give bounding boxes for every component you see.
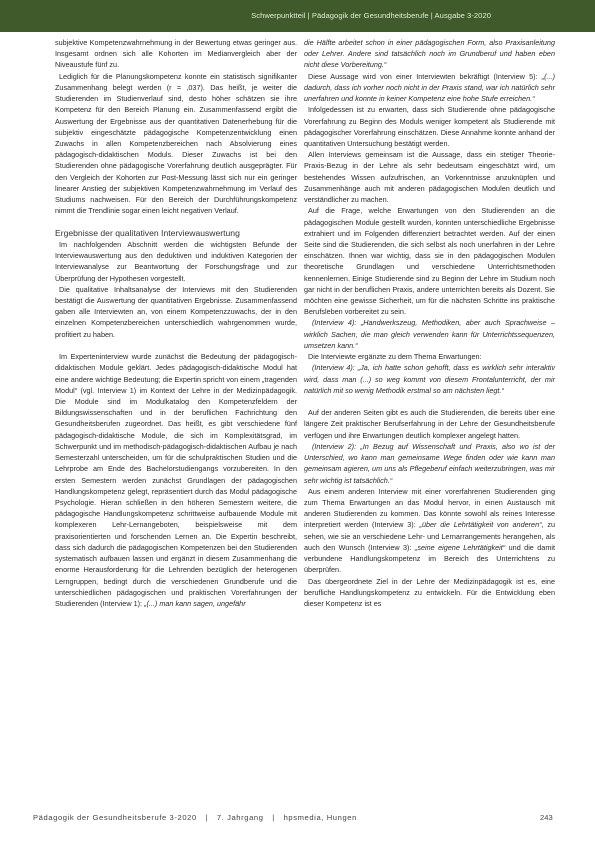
paragraph: Im nachfolgenden Abschnitt werden die wi… — [55, 239, 297, 284]
header-band: Schwerpunktteil | Pädagogik der Gesundhe… — [0, 0, 595, 32]
interview-quote: die Hälfte arbeitet schon in einer pädag… — [304, 37, 555, 71]
paragraph-text: Im Experteninterview wurde zunächst die … — [55, 352, 297, 608]
paragraph: Lediglich für die Planungskompetenz konn… — [55, 71, 297, 217]
page-number: 243 — [540, 813, 553, 822]
interview-quote: (Interview 4): „Handwerkszeug, Methodike… — [304, 317, 555, 351]
paragraph: Die Interviewte ergänzte zu dem Thema Er… — [304, 351, 555, 362]
footer: Pädagogik der Gesundheitsberufe 3-2020 |… — [33, 813, 357, 822]
section-heading: Ergebnisse der qualitativen Interviewaus… — [55, 228, 297, 239]
interview-quote: (Interview 4): „Ja, ich hatte schon geho… — [304, 362, 555, 396]
running-title: Schwerpunktteil | Pädagogik der Gesundhe… — [251, 11, 491, 20]
paragraph: Infolgedessen ist zu erwarten, dass sich… — [304, 104, 555, 149]
separator: | — [272, 813, 275, 822]
volume: 7. Jahrgang — [217, 813, 264, 822]
interview-quote: „(...) man kann sagen, ungefähr — [144, 599, 246, 608]
paragraph: Aus einem anderen Interview mit einer vo… — [304, 486, 555, 576]
paragraph: Das übergeordnete Ziel in der Lehre der … — [304, 576, 555, 610]
interview-quote: „seine eigene Lehrtätigkeit“ — [415, 543, 505, 552]
publisher: hpsmedia, Hungen — [284, 813, 357, 822]
paragraph: Die qualitative Inhaltsanalyse der Inter… — [55, 284, 297, 340]
paragraph: Allen Interviews gemeinsam ist die Aussa… — [304, 149, 555, 205]
paragraph: Im Experteninterview wurde zunächst die … — [55, 351, 297, 609]
paragraph: Auf der anderen Seiten gibt es auch die … — [304, 407, 555, 441]
journal-name: Pädagogik der Gesundheitsberufe 3-2020 — [33, 813, 197, 822]
paragraph-text: Diese Aussage wird von einer Interviewte… — [308, 72, 542, 81]
paragraph: subjektive Kompetenzwahrnehmung in der B… — [55, 37, 297, 71]
paragraph: Auf die Frage, welche Erwartungen von de… — [304, 205, 555, 317]
spacer — [304, 396, 555, 407]
left-column: subjektive Kompetenzwahrnehmung in der B… — [55, 37, 297, 609]
paragraph: Diese Aussage wird von einer Interviewte… — [304, 71, 555, 105]
interview-quote: (Interview 2): „In Bezug auf Wissenschaf… — [304, 441, 555, 486]
interview-quote: „über die Lehrtätigkeit von anderen“ — [420, 520, 542, 529]
spacer — [55, 340, 297, 351]
separator: | — [206, 813, 209, 822]
right-column: die Hälfte arbeitet schon in einer pädag… — [304, 37, 555, 609]
